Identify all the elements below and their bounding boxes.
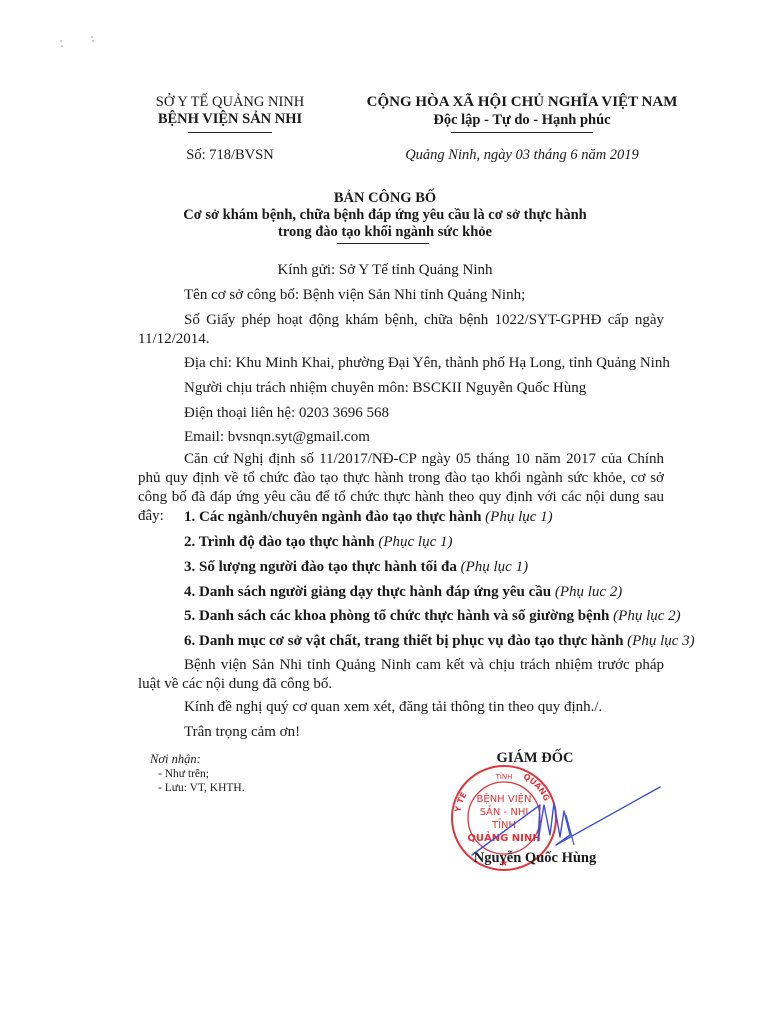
commitment-text: Bệnh viện Sản Nhi tỉnh Quảng Ninh cam kế… (138, 657, 664, 692)
place-date: Quảng Ninh, ngày 03 tháng 6 năm 2019 (352, 147, 692, 164)
commitment: Bệnh viện Sản Nhi tỉnh Quảng Ninh cam kế… (138, 656, 664, 694)
item-appendix-ref: (Phụ lục 1) (485, 509, 552, 525)
item-text: 2. Trình độ đào tạo thực hành (184, 534, 375, 550)
item-text: 5. Danh sách các khoa phòng tổ chức thực… (184, 608, 609, 624)
document-title: BẢN CÔNG BỐ (120, 190, 650, 207)
item-text: 4. Danh sách người giảng dạy thực hành đ… (184, 584, 551, 600)
header-unit-underline (188, 132, 272, 133)
email: Email: bvsnqn.syt@gmail.com (184, 429, 370, 446)
address: Địa chỉ: Khu Minh Khai, phường Đại Yên, … (184, 355, 670, 372)
header-nation: CỘNG HÒA XÃ HỘI CHỦ NGHĨA VIỆT NAM (352, 94, 692, 111)
list-item: 2. Trình độ đào tạo thực hành (Phục lục … (184, 534, 452, 551)
list-item: 3. Số lượng người đào tạo thực hành tối … (184, 559, 528, 576)
item-text: 6. Danh mục cơ sở vật chất, trang thiết … (184, 633, 623, 649)
document-subtitle-line1: Cơ sở khám bệnh, chữa bệnh đáp ứng yêu c… (120, 207, 650, 224)
item-appendix-ref: (Phụ luc 2) (555, 584, 622, 600)
item-text: 1. Các ngành/chuyên ngành đào tạo thực h… (184, 509, 481, 525)
header-motto-underline (451, 132, 593, 133)
recipients-label: Nơi nhận: (150, 752, 201, 767)
item-text: 3. Số lượng người đào tạo thực hành tối … (184, 559, 457, 575)
thanks: Trân trọng cảm ơn! (184, 724, 300, 741)
list-item: 6. Danh mục cơ sở vật chất, trang thiết … (184, 633, 695, 650)
header-motto: Độc lập - Tự do - Hạnh phúc (352, 112, 692, 129)
signatory-name: Nguyễn Quốc Hùng (450, 850, 620, 867)
phone: Điện thoại liên hệ: 0203 3696 568 (184, 405, 389, 422)
list-item: 5. Danh sách các khoa phòng tổ chức thực… (184, 608, 681, 625)
list-item: 4. Danh sách người giảng dạy thực hành đ… (184, 584, 622, 601)
item-appendix-ref: (Phụ lục 3) (627, 633, 694, 649)
item-appendix-ref: (Phụ lục 1) (461, 559, 528, 575)
recipients-line: - Như trên; (158, 768, 209, 780)
document-number: Số: 718/BVSN (140, 147, 320, 164)
header-agency: SỞ Y TẾ QUẢNG NINH (140, 94, 320, 111)
document-subtitle-line2: trong đào tạo khối ngành sức khỏe (120, 224, 650, 241)
request: Kính đề nghị quý cơ quan xem xét, đăng t… (184, 699, 602, 716)
recipients-line: - Lưu: VT, KHTH. (158, 782, 245, 794)
header-unit: BỆNH VIỆN SẢN NHI (140, 111, 320, 128)
responsible-person: Người chịu trách nhiệm chuyên môn: BSCKI… (184, 380, 586, 397)
item-appendix-ref: (Phụ lục 2) (613, 608, 680, 624)
list-item: 1. Các ngành/chuyên ngành đào tạo thực h… (184, 509, 553, 526)
facility-name: Tên cơ sở công bố: Bệnh viện Sản Nhi tỉn… (184, 287, 525, 304)
recipient-line: Kính gửi: Sở Y Tế tỉnh Quảng Ninh (120, 262, 650, 279)
title-underline (337, 243, 429, 244)
license-text: Số Giấy phép hoạt động khám bệnh, chữa b… (138, 312, 664, 347)
item-appendix-ref: (Phục lục 1) (378, 534, 452, 550)
license-info: Số Giấy phép hoạt động khám bệnh, chữa b… (138, 311, 664, 349)
